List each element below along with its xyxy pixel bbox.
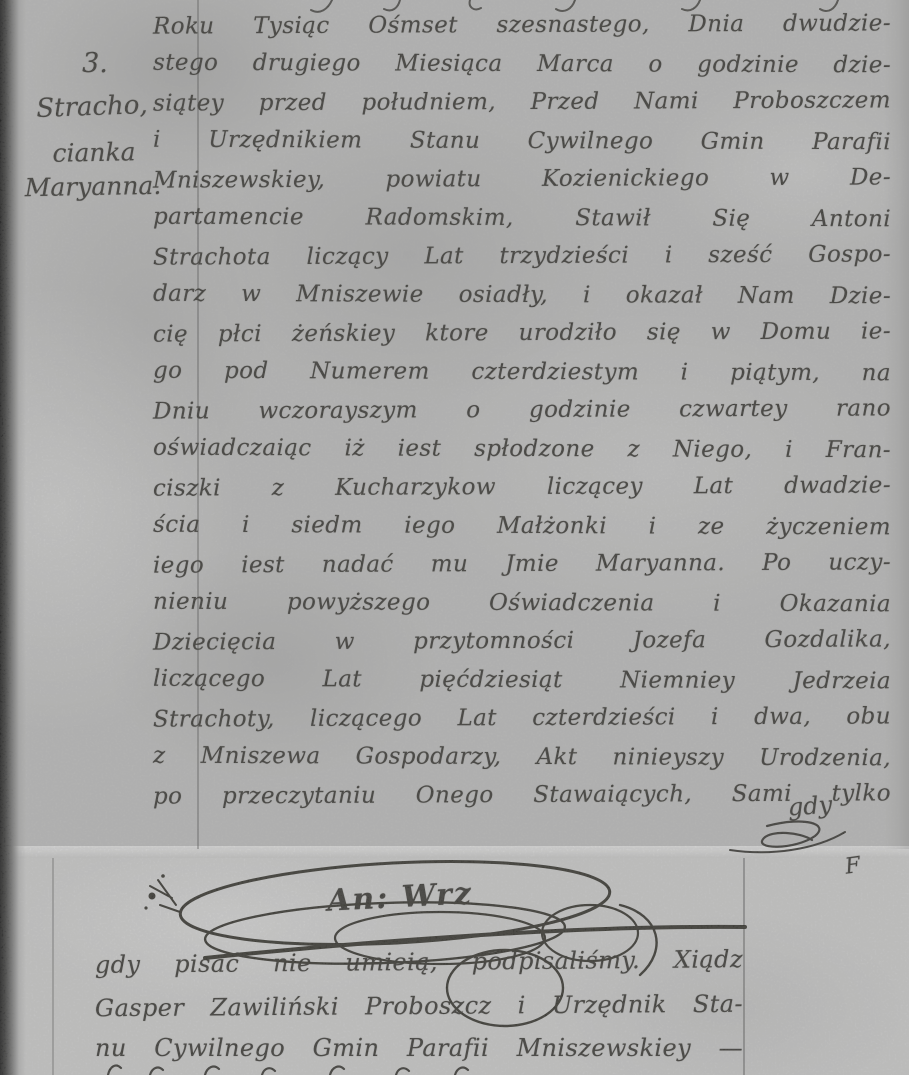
- margin-rule-lower-right: [743, 858, 745, 1075]
- manuscript-line: Dziecięcia w przytomności Jozefa Gozdali…: [153, 626, 891, 667]
- margin-given-name: Maryanna.: [18, 171, 168, 203]
- manuscript-line: partamencie Radomskim, Stawił Się Antoni: [153, 204, 891, 245]
- manuscript-line: z Mniszewa Gospodarzy, Akt ninieyszy Uro…: [153, 743, 891, 784]
- manuscript-line: darz w Mniszewie osiadły, i okazał Nam D…: [153, 281, 891, 322]
- manuscript-line: siątey przed południem, Przed Nami Probo…: [153, 87, 891, 128]
- manuscript-line: oświadczaiąc iż iest spłodzone z Niego, …: [153, 435, 891, 476]
- closing-line: Gasper Zawiliński Proboszcz i Urzędnik S…: [95, 990, 743, 1037]
- manuscript-line: Mniszewskiey, powiatu Kozienickiego w De…: [153, 164, 891, 205]
- manuscript-line: iego iest nadać mu Jmie Maryanna. Po ucz…: [153, 549, 891, 590]
- manuscript-line: Strachoty, liczącego Lat czterdzieści i …: [153, 703, 891, 744]
- closing-line: gdy pisać nie umieią, podpisaliśmy. Xiąd…: [95, 945, 743, 993]
- margin-surname-line-1: Stracho,: [22, 90, 163, 125]
- manuscript-line: go pod Numerem czterdziestym i piątym, n…: [153, 358, 891, 399]
- manuscript-line: ścia i siedm iego Małżonki i ze życzenie…: [153, 512, 891, 553]
- manuscript-line: Roku Tysiąc Ośmset szesnastego, Dnia dwu…: [153, 10, 891, 51]
- manuscript-line: ciszki z Kucharzykow liczącey Lat dwadzi…: [153, 472, 891, 513]
- manuscript-scan-page: 3. Stracho, cianka Maryanna. Roku Tysiąc…: [0, 0, 909, 1075]
- manuscript-line: i Urzędnikiem Stanu Cywilnego Gmin Paraf…: [153, 127, 891, 168]
- margin-rule-lower-left: [52, 858, 54, 1075]
- manuscript-line: Dniu wczorayszym o godzinie czwartey ran…: [153, 395, 891, 436]
- manuscript-line: stego drugiego Miesiąca Marca o godzinie…: [153, 50, 891, 91]
- margin-surname-line-2: cianka: [34, 137, 154, 168]
- scan-stitch-seam: [0, 846, 909, 858]
- binding-edge: [0, 0, 26, 1075]
- manuscript-line: nieniu powyższego Oświadczenia i Okazani…: [153, 589, 891, 630]
- closing-line: nu Cywilnego Gmin Parafii Mniszewskiey —: [95, 1034, 743, 1075]
- manuscript-line: liczącego Lat pięćdziesiąt Niemniey Jedr…: [153, 666, 891, 707]
- manuscript-line: cię płci żeńskiey ktore urodziło się w D…: [153, 318, 891, 359]
- record-number: 3.: [60, 48, 130, 79]
- catchword-gdy: gdy: [774, 790, 846, 823]
- manuscript-line: Strachota liczący Lat trzydzieści i sześ…: [153, 241, 891, 282]
